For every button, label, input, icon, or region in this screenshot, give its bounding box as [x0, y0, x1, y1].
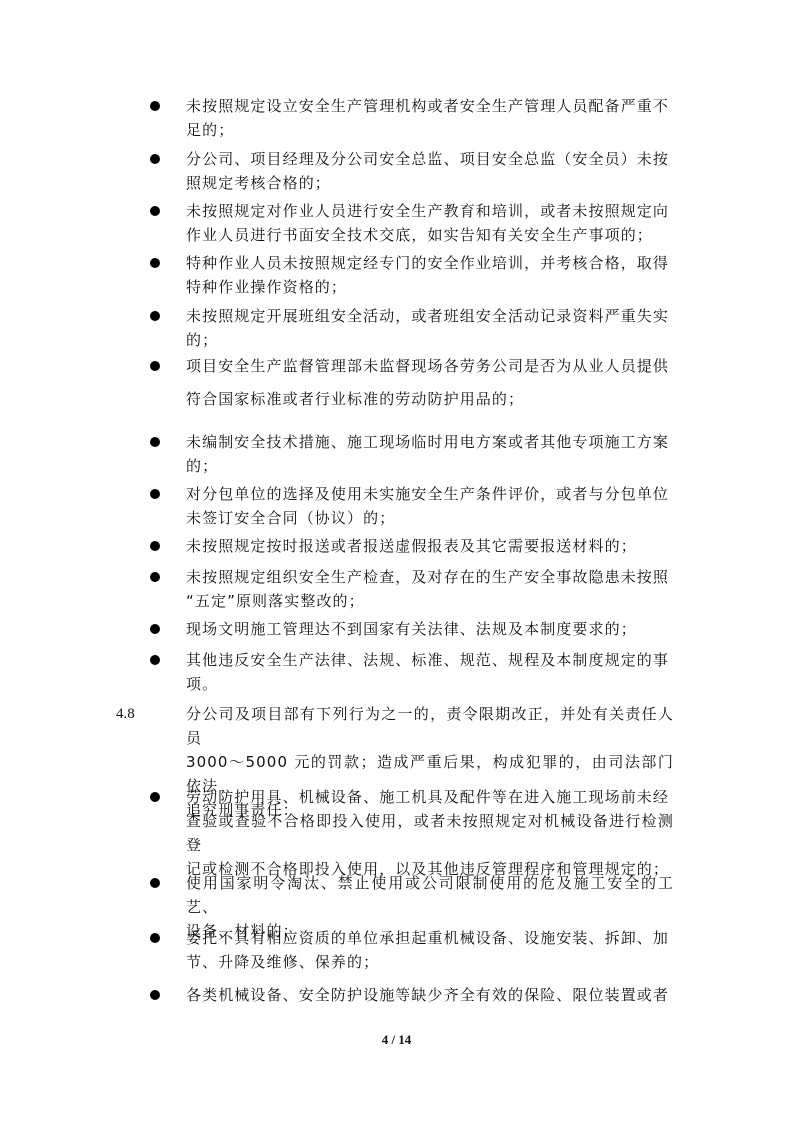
list-item-text: 各类机械设备、安全防护设施等缺少齐全有效的保险、限位装置或者	[186, 983, 674, 1007]
bullet-icon	[150, 933, 160, 943]
bullet-icon	[150, 258, 160, 268]
bullet-icon	[150, 878, 160, 888]
list-item-text: 未按照规定按时报送或者报送虚假报表及其它需要报送材料的；	[186, 534, 674, 558]
bullet-icon	[150, 206, 160, 216]
list-item-text: 委托不具有相应资质的单位承担起重机械设备、设施安装、拆卸、加节、升降及维修、保养…	[186, 926, 674, 974]
list-item-text: 劳动防护用具、机械设备、施工机具及配件等在进入施工现场前未经查验或查验不合格即投…	[186, 785, 674, 881]
list-item-text: 对分包单位的选择及使用未实施安全生产条件评价，或者与分包单位未签订安全合同（协议…	[186, 482, 674, 530]
list-item-text: 未按照规定对作业人员进行安全生产教育和培训，或者未按照规定向作业人员进行书面安全…	[186, 199, 674, 247]
bullet-icon	[150, 311, 160, 321]
bullet-icon	[150, 541, 160, 551]
list-item-text: 未编制安全技术措施、施工现场临时用电方案或者其他专项施工方案的；	[186, 430, 674, 478]
list-item-text: 未按照规定组织安全生产检查，及对存在的生产安全事故隐患未按照“五定”原则落实整改…	[186, 565, 674, 613]
bullet-icon	[150, 489, 160, 499]
bullet-icon	[150, 990, 160, 1000]
list-item-text: 特种作业人员未按照规定经专门的安全作业培训，并考核合格，取得特种作业操作资格的；	[186, 251, 674, 299]
list-item-text: 项目安全生产监督管理部未监督现场各劳务公司是否为从业人员提供符合国家标准或者行业…	[186, 350, 674, 416]
bullet-icon	[150, 154, 160, 164]
bullet-icon	[150, 437, 160, 447]
list-item-text: 其他违反安全生产法律、法规、标准、规范、规程及本制度规定的事项。	[186, 648, 674, 696]
bullet-icon	[150, 361, 160, 371]
bullet-icon	[150, 101, 160, 111]
page-number: 4 / 14	[0, 1032, 793, 1048]
list-item-text: 现场文明施工管理达不到国家有关法律、法规及本制度要求的；	[186, 617, 674, 641]
bullet-icon	[150, 624, 160, 634]
bullet-icon	[150, 792, 160, 802]
clause-number: 4.8	[116, 702, 135, 726]
list-item-text: 未按照规定设立安全生产管理机构或者安全生产管理人员配备严重不足的；	[186, 94, 674, 142]
bullet-icon	[150, 572, 160, 582]
list-item-text: 分公司、项目经理及分公司安全总监、项目安全总监（安全员）未按照规定考核合格的；	[186, 147, 674, 195]
bullet-icon	[150, 655, 160, 665]
list-item-text: 未按照规定开展班组安全活动，或者班组安全活动记录资料严重失实的；	[186, 304, 674, 352]
